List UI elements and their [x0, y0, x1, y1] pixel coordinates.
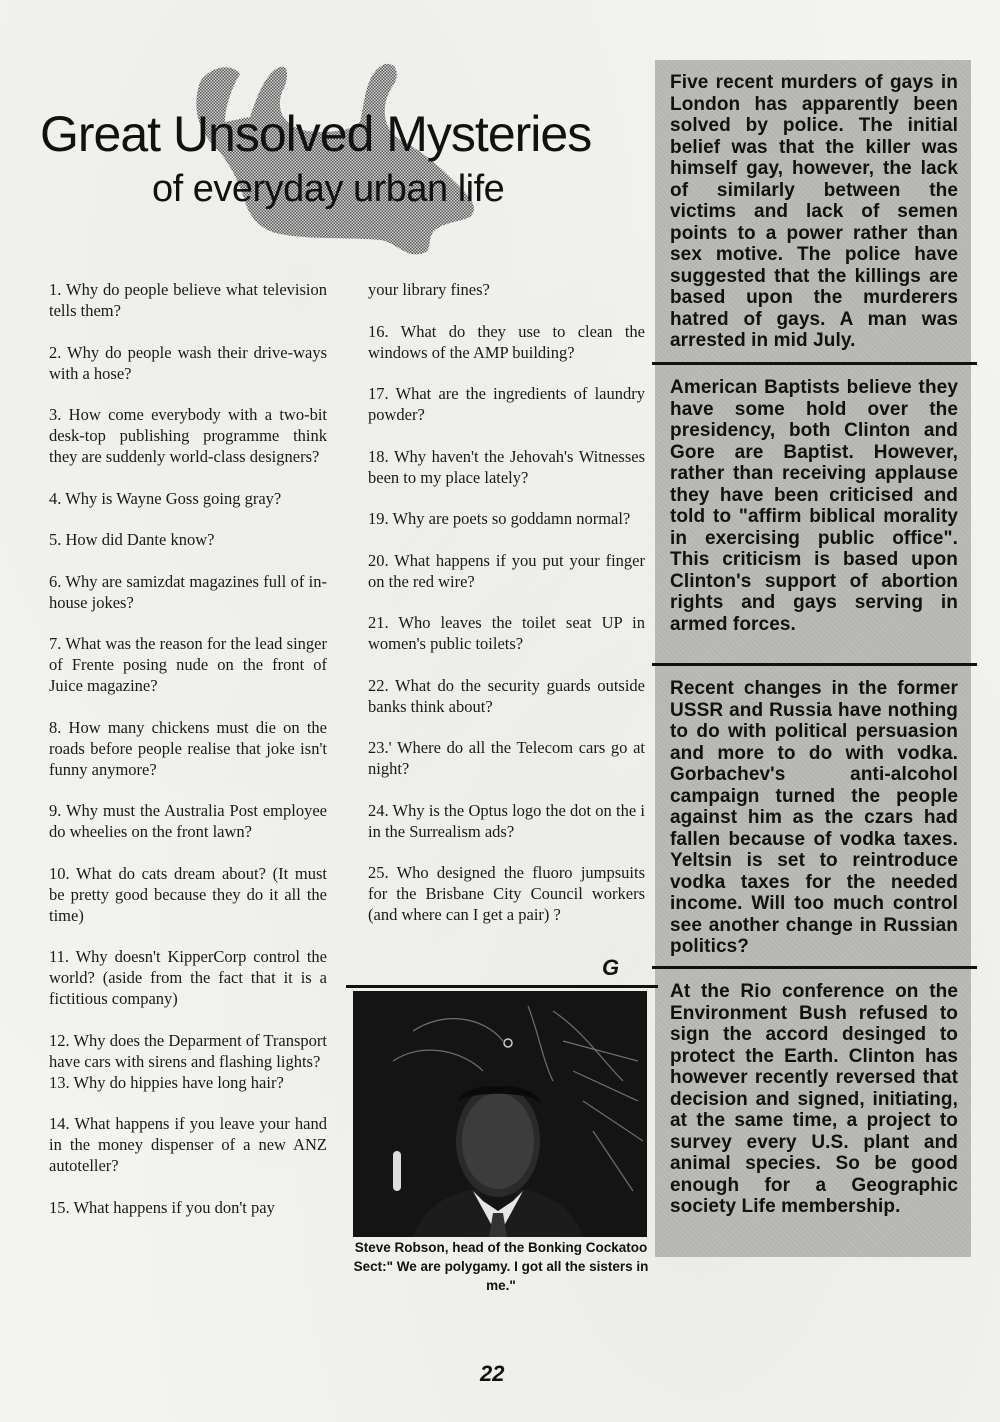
divider	[346, 985, 658, 988]
question-item: 16. What do they use to clean the window…	[368, 321, 645, 363]
question-item: 7. What was the reason for the lead sing…	[49, 633, 327, 696]
question-item: 13. Why do hippies have long hair?	[49, 1072, 327, 1093]
question-item: 22. What do the security guards outside …	[368, 675, 645, 717]
question-item: 1. Why do people believe what television…	[49, 279, 327, 321]
news-sidebar: Five recent murders of gays in London ha…	[655, 60, 971, 1257]
question-item: 15. What happens if you don't pay	[49, 1197, 327, 1218]
page-title: Great Unsolved Mysteries	[40, 105, 591, 163]
question-item: 20. What happens if you put your finger …	[368, 550, 645, 592]
page-subtitle: of everyday urban life	[152, 168, 504, 211]
question-item: 21. Who leaves the toilet seat UP in wom…	[368, 612, 645, 654]
question-item: 10. What do cats dream about? (It must b…	[49, 863, 327, 926]
news-box: Recent changes in the former USSR and Ru…	[655, 666, 971, 966]
question-item: 23.' Where do all the Telecom cars go at…	[368, 737, 645, 779]
question-item: 17. What are the ingredients of laundry …	[368, 383, 645, 425]
question-item: 5. How did Dante know?	[49, 529, 327, 550]
news-box: At the Rio conference on the Environment…	[655, 969, 971, 1257]
page-number: 22	[480, 1361, 504, 1387]
question-item: 11. Why doesn't KipperCorp control the w…	[49, 946, 327, 1009]
question-item: 24. Why is the Optus logo the dot on the…	[368, 800, 645, 842]
news-box: Five recent murders of gays in London ha…	[655, 60, 971, 362]
photo-caption: Steve Robson, head of the Bonking Cockat…	[346, 1238, 656, 1295]
question-item: 9. Why must the Australia Post employee …	[49, 800, 327, 842]
question-item: 6. Why are samizdat magazines full of in…	[49, 571, 327, 613]
question-item: your library fines?	[368, 279, 645, 300]
question-item: 14. What happens if you leave your hand …	[49, 1113, 327, 1176]
question-item: 19. Why are poets so goddamn normal?	[368, 508, 645, 529]
news-box: American Baptists believe they have some…	[655, 365, 971, 663]
end-mark-logo: G	[602, 955, 619, 981]
question-item: 18. Why haven't the Jehovah's Witnesses …	[368, 446, 645, 488]
questions-column-middle: your library fines? 16. What do they use…	[368, 279, 645, 946]
question-item: 2. Why do people wash their drive-ways w…	[49, 342, 327, 384]
question-item: 8. How many chickens must die on the roa…	[49, 717, 327, 780]
question-item: 25. Who designed the fluoro jumpsuits fo…	[368, 862, 645, 925]
question-item: 12. Why does the Deparment of Transport …	[49, 1030, 327, 1072]
portrait-photo	[353, 991, 647, 1237]
question-item: 4. Why is Wayne Goss going gray?	[49, 488, 327, 509]
questions-column-left: 1. Why do people believe what television…	[49, 279, 327, 1238]
question-item: 3. How come everybody with a two-bit des…	[49, 404, 327, 467]
